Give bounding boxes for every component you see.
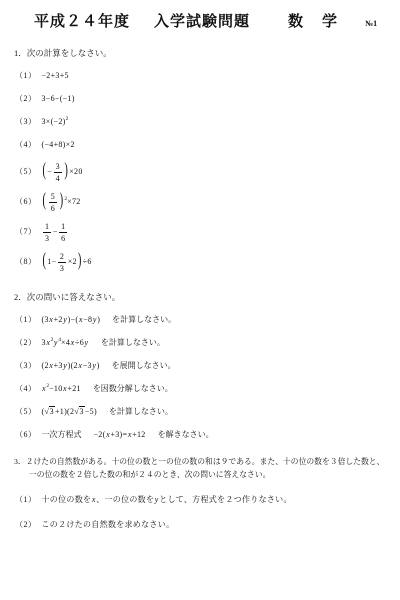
fraction: 56: [49, 192, 57, 213]
section-3-heading-line-1: 3．２けたの自然数がある。十の位の数と一の位の数の和は９である。また、十の位の数…: [14, 455, 387, 468]
exponent: 2: [66, 116, 69, 122]
problem-number: （7）: [15, 227, 37, 236]
subject-label: 数 学: [288, 10, 339, 31]
math-expression: (56)2×72: [42, 197, 81, 206]
problem-number: （4）: [15, 140, 37, 149]
problem-number: （4）: [15, 384, 37, 393]
math-expression: 13−16: [42, 227, 69, 236]
section-2-heading: 2．次の問いに答えなさい。: [14, 291, 387, 303]
math-expression: 3−6−(−1): [42, 94, 75, 103]
problem-number: （2）: [15, 338, 37, 347]
math-expression: −2(x+3)=x+12: [94, 430, 146, 439]
era-label: 平成２４年度: [34, 10, 130, 31]
problem-item: （4）(−4+8)×2: [15, 139, 387, 151]
square-root: √3: [44, 406, 55, 416]
problem-item: （5）(√3+1)(2√3−5)を計算しなさい。: [15, 406, 387, 418]
problem-number: （6）: [15, 197, 37, 206]
math-expression: (√3+1)(2√3−5): [42, 406, 97, 416]
instruction-text: を計算しなさい。: [109, 407, 173, 416]
problem-item: （1）−2+3+5: [15, 70, 387, 82]
problem-item: （8）(1−23×2)÷6: [15, 252, 387, 273]
page-number: №1: [365, 19, 377, 28]
math-expression: (2x+3y)(2x−3y): [42, 361, 100, 370]
fraction: 13: [43, 222, 51, 243]
problem-item: （1）(3x+2y)−(x−8y)を計算しなさい。: [15, 314, 387, 326]
section-1-heading: 1．次の計算をしなさい。: [14, 47, 387, 59]
instruction-text: を計算しなさい。: [101, 338, 165, 347]
square-root: √3: [74, 406, 85, 416]
problem-number: （5）: [15, 407, 37, 416]
section-3-items: （1）十の位の数をx、一の位の数をyとして、方程式を２つ作りなさい。（2）この２…: [14, 494, 387, 531]
page-title: 入学試験問題: [154, 10, 250, 31]
problem-number: （6）: [15, 430, 37, 439]
problem-item: （4）x2−10x+21を因数分解しなさい。: [15, 383, 387, 395]
math-expression: −2+3+5: [42, 71, 69, 80]
problem-item: （1）十の位の数をx、一の位の数をyとして、方程式を２つ作りなさい。: [15, 494, 387, 506]
instruction-text: を解きなさい。: [158, 430, 214, 439]
fraction: 34: [54, 162, 62, 183]
math-expression: x2−10x+21: [42, 384, 81, 393]
problem-item: （3）(2x+3y)(2x−3y)を展開しなさい。: [15, 360, 387, 372]
math-expression: 十の位の数をx、一の位の数をyとして、方程式を２つ作りなさい。: [42, 495, 292, 504]
math-expression: この２けたの自然数を求めなさい。: [42, 520, 175, 529]
section-1: 1．次の計算をしなさい。 （1）−2+3+5（2）3−6−(−1)（3）3×(−…: [14, 47, 387, 273]
exam-paper: 平成２４年度 入学試験問題 数 学 №1 1．次の計算をしなさい。 （1）−2+…: [0, 0, 400, 600]
math-expression: 3x2y4×4x÷6y: [42, 338, 89, 347]
problem-item: （2）この２けたの自然数を求めなさい。: [15, 519, 387, 531]
problem-number: （3）: [15, 117, 37, 126]
math-expression: (3x+2y)−(x−8y): [42, 315, 101, 324]
instruction-text: を因数分解しなさい。: [93, 384, 173, 393]
section-3-heading: 3．２けたの自然数がある。十の位の数と一の位の数の和は９である。また、十の位の数…: [14, 455, 387, 481]
problem-number: （1）: [15, 495, 37, 504]
equation-type-label: 一次方程式: [42, 430, 82, 439]
problem-item: （5）(−34)×20: [15, 162, 387, 183]
math-expression: (1−23×2)÷6: [42, 257, 92, 266]
instruction-text: を展開しなさい。: [112, 361, 176, 370]
problem-item: （2）3−6−(−1): [15, 93, 387, 105]
fraction: 16: [59, 222, 67, 243]
section-2-items: （1）(3x+2y)−(x−8y)を計算しなさい。（2）3x2y4×4x÷6yを…: [14, 314, 387, 441]
problem-item: （2）3x2y4×4x÷6yを計算しなさい。: [15, 337, 387, 349]
problem-number: （2）: [15, 520, 37, 529]
problem-number: （1）: [15, 71, 37, 80]
fraction: 23: [58, 252, 66, 273]
section-2: 2．次の問いに答えなさい。 （1）(3x+2y)−(x−8y)を計算しなさい。（…: [14, 291, 387, 441]
math-expression: (−4+8)×2: [42, 140, 75, 149]
section-3-heading-line-2: 一の位の数を２倍した数の和が２４のとき、次の問いに答えなさい。: [14, 468, 387, 481]
math-expression: 3×(−2)2: [42, 117, 69, 126]
document-header: 平成２４年度 入学試験問題 数 学 №1: [34, 10, 387, 31]
math-expression: (−34)×20: [42, 167, 83, 176]
problem-item: （3）3×(−2)2: [15, 116, 387, 128]
problem-item: （7）13−16: [15, 222, 387, 243]
problem-item: （6）(56)2×72: [15, 192, 387, 213]
problem-number: （1）: [15, 315, 37, 324]
problem-number: （5）: [15, 167, 37, 176]
problem-number: （8）: [15, 257, 37, 266]
section-1-items: （1）−2+3+5（2）3−6−(−1)（3）3×(−2)2（4）(−4+8)×…: [14, 70, 387, 273]
problem-number: （2）: [15, 94, 37, 103]
section-3: 3．２けたの自然数がある。十の位の数と一の位の数の和は９である。また、十の位の数…: [14, 455, 387, 531]
instruction-text: を計算しなさい。: [112, 315, 176, 324]
problem-number: （3）: [15, 361, 37, 370]
problem-item: （6）一次方程式−2(x+3)=x+12を解きなさい。: [15, 429, 387, 441]
